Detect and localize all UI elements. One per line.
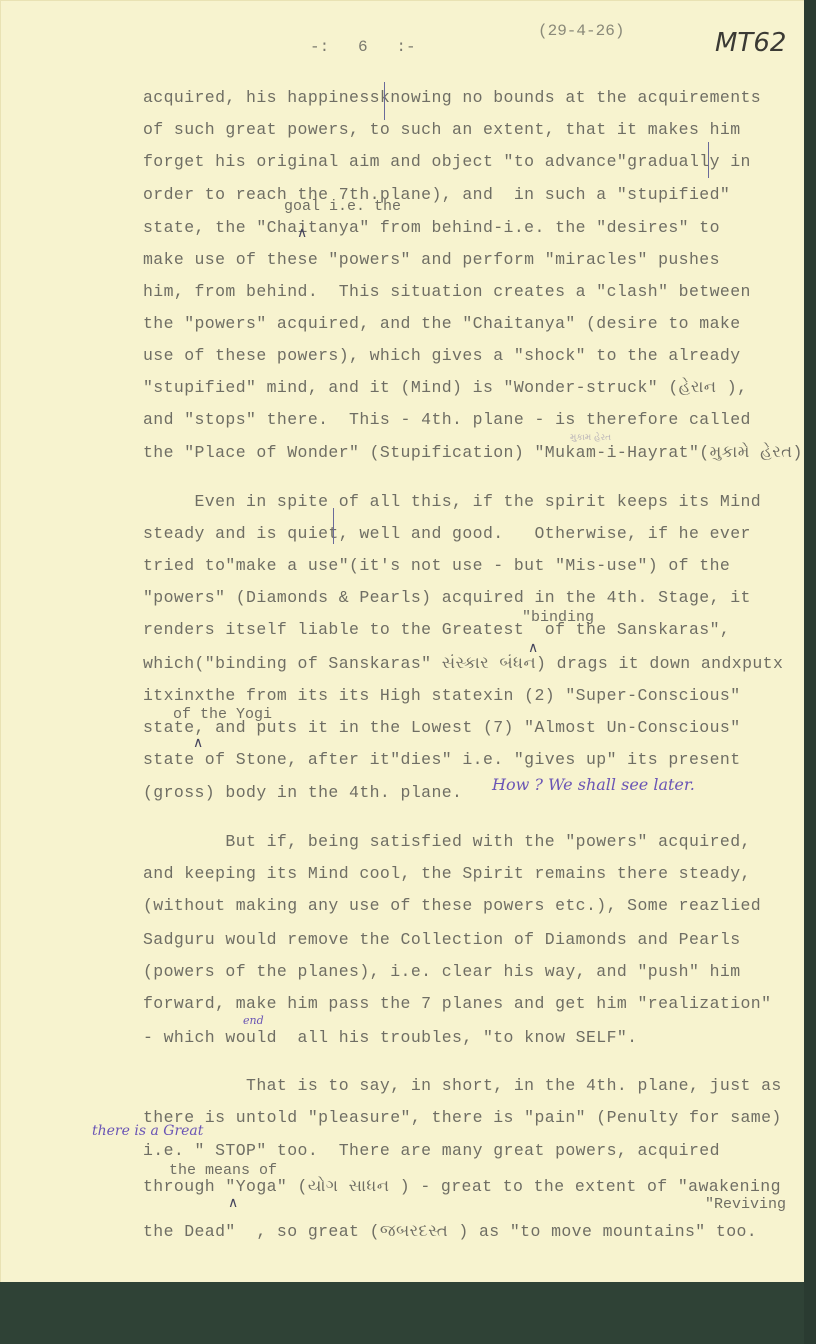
typed-line: That is to say, in short, in the 4th. pl… — [143, 1076, 782, 1096]
typed-line: i.e. " STOP" too. There are many great p… — [143, 1141, 720, 1161]
typed-line: itxinxthe from its its High statexin (2)… — [143, 686, 741, 706]
typed-line: use of these powers), which gives a "sho… — [143, 346, 741, 366]
typed-line: the "Place of Wonder" (Stupification) "M… — [143, 443, 803, 463]
handwritten-note-end: end — [243, 1014, 264, 1027]
typed-line: forward, make him pass the 7 planes and … — [143, 994, 771, 1014]
typed-line: forget his original aim and object "to a… — [143, 152, 751, 172]
page-number: -: 6 :- — [310, 38, 416, 56]
typed-line: the Dead" , so great (જબરદસ્ત ) as "to m… — [143, 1222, 757, 1242]
insertion-the-means-of: the means of — [169, 1162, 277, 1179]
faint-pencil-note: મુકામ હેરત — [570, 433, 611, 443]
pen-mark — [384, 82, 385, 120]
typed-line: steady and is quiet, well and good. Othe… — [143, 524, 751, 544]
typed-line: But if, being satisfied with the "powers… — [143, 832, 751, 852]
pen-mark — [708, 142, 709, 178]
typed-line: the "powers" acquired, and the "Chaitany… — [143, 314, 741, 334]
typed-line: and "stops" there. This - 4th. plane - i… — [143, 410, 751, 430]
insertion-reviving: "Reviving — [705, 1196, 786, 1213]
typed-line: - which would all his troubles, "to know… — [143, 1028, 637, 1048]
insertion-binding: "binding — [522, 609, 594, 626]
pen-mark — [333, 508, 334, 544]
typed-line: (powers of the planes), i.e. clear his w… — [143, 962, 741, 982]
typed-line: make use of these "powers" and perform "… — [143, 250, 720, 270]
typed-line: tried to"make a use"(it's not use - but … — [143, 556, 730, 576]
typed-line: through "Yoga" (યોગ સાધન ) - great to th… — [143, 1177, 781, 1197]
typed-line: state of Stone, after it"dies" i.e. "giv… — [143, 750, 741, 770]
typed-line: and keeping its Mind cool, the Spirit re… — [143, 864, 751, 884]
caret-mark: ∧ — [297, 225, 307, 241]
document-date: (29-4-26) — [538, 22, 624, 40]
typed-line: him, from behind. This situation creates… — [143, 282, 751, 302]
handwritten-note-great: there is a Great — [92, 1123, 203, 1139]
caret-mark: ∧ — [528, 640, 538, 656]
typed-line: "stupified" mind, and it (Mind) is "Wond… — [143, 378, 747, 398]
typed-line: (gross) body in the 4th. plane. — [143, 783, 462, 803]
typed-line: (without making any use of these powers … — [143, 896, 761, 916]
scan-background — [804, 0, 816, 1344]
caret-mark: ∧ — [193, 735, 203, 751]
insertion-of-the-yogi: of the Yogi — [173, 706, 272, 723]
typed-line: there is untold "pleasure", there is "pa… — [143, 1108, 782, 1128]
typed-line: state, the "Chaitanya" from behind-i.e. … — [143, 218, 720, 238]
caret-mark: ∧ — [228, 1195, 238, 1211]
typed-line: which("binding of Sanskaras" સંસ્કાર બંધ… — [143, 654, 783, 674]
handwritten-note-how: How ? We shall see later. — [492, 775, 695, 794]
typed-line: Even in spite of all this, if the spirit… — [143, 492, 761, 512]
typed-line: acquired, his happinessknowing no bounds… — [143, 88, 761, 108]
typed-line: order to reach the 7th.plane), and in su… — [143, 185, 730, 205]
insertion-goal: goal i.e. the — [284, 198, 401, 215]
typed-line: "powers" (Diamonds & Pearls) acquired in… — [143, 588, 751, 608]
reference-code: MT62 — [715, 28, 786, 58]
typed-line: of such great powers, to such an extent,… — [143, 120, 741, 140]
typed-line: Sadguru would remove the Collection of D… — [143, 930, 741, 950]
typed-line: renders itself liable to the Greatest of… — [143, 620, 730, 640]
